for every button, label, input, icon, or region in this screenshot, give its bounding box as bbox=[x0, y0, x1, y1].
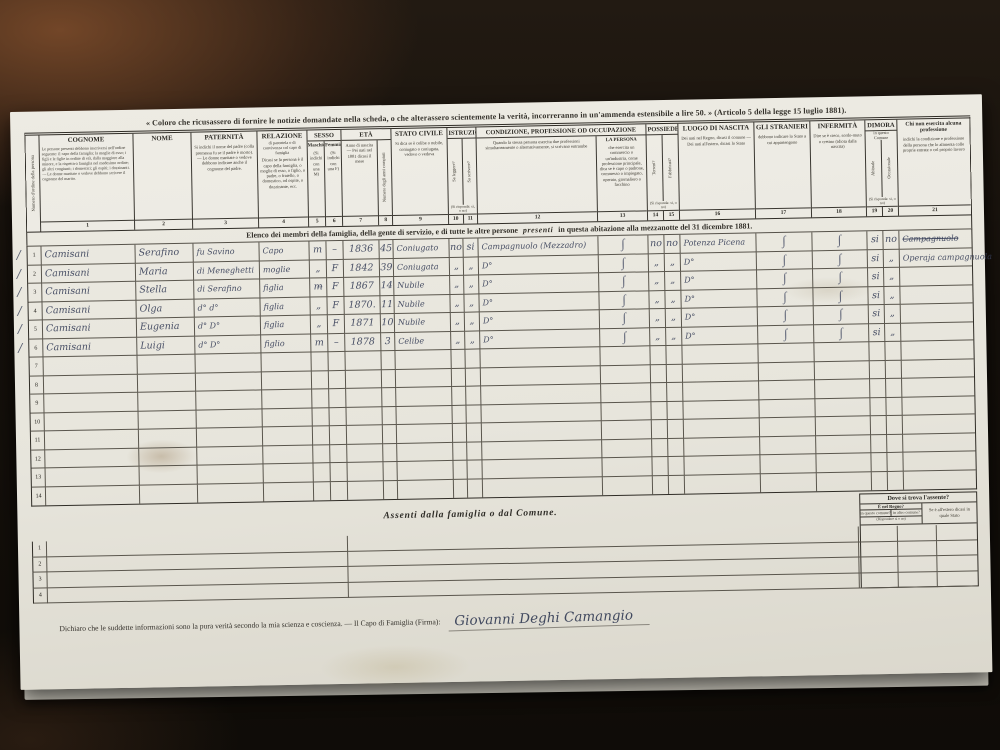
cell-num: 14 bbox=[32, 487, 46, 506]
cell-fabb bbox=[667, 364, 683, 383]
cell-pers bbox=[603, 476, 653, 495]
cell-terr: „ bbox=[650, 309, 666, 328]
cell-nome bbox=[140, 466, 198, 486]
cell-pers bbox=[600, 346, 650, 365]
cell-chinon bbox=[903, 451, 975, 471]
possiede-terreni: Terreni? bbox=[647, 135, 664, 201]
col-nome-header: NOME 2 bbox=[133, 133, 193, 230]
cell-chinon bbox=[901, 303, 973, 323]
cell-num: 12 bbox=[31, 450, 45, 469]
cell-stran bbox=[759, 380, 815, 400]
eta-anno: Anno di nascita — Pei nati nel 1881 dica… bbox=[342, 140, 379, 226]
cell-stran bbox=[760, 454, 816, 474]
cell-legge bbox=[452, 368, 466, 387]
cell-anno: 1870. bbox=[344, 296, 380, 315]
cell-legge: „ bbox=[451, 331, 465, 350]
cell-num: 5 bbox=[29, 320, 43, 339]
eta-anno-note: Anno di nascita — Pei nati nel 1881 dica… bbox=[342, 140, 379, 216]
cell-pers bbox=[602, 420, 652, 439]
col-dimora-header: DIMORA in questo Comune Abituale Occasio… bbox=[865, 120, 899, 217]
cell-anno bbox=[347, 462, 383, 481]
cell-scrive bbox=[467, 423, 482, 442]
cell-occ bbox=[886, 360, 902, 379]
cell-relazione: figlio bbox=[261, 334, 311, 353]
stato-num: 9 bbox=[393, 214, 448, 225]
assenti-cell bbox=[898, 541, 937, 557]
cell-nome: Maria bbox=[136, 262, 194, 282]
cell-abit bbox=[871, 434, 887, 453]
cell-fabb: „ bbox=[665, 253, 681, 272]
cell-m bbox=[312, 389, 329, 408]
condizione-12-note: Quando la stessa persona esercita due pr… bbox=[477, 136, 598, 213]
cell-cognome bbox=[45, 430, 139, 450]
cell-m: „ bbox=[311, 315, 328, 334]
abox-q1: in questo comune? bbox=[860, 510, 890, 517]
cell-luogo: Potenza Picena bbox=[680, 233, 756, 253]
cell-relazione bbox=[263, 427, 313, 446]
cell-paternita bbox=[197, 446, 263, 466]
cell-anno bbox=[347, 444, 383, 463]
cell-cognome: Camisani bbox=[42, 263, 136, 283]
cell-occ bbox=[886, 397, 902, 416]
cell-m bbox=[314, 482, 331, 501]
cell-m: m̶ bbox=[310, 278, 327, 297]
cell-pers bbox=[602, 457, 652, 476]
cell-cond: D° bbox=[479, 273, 599, 294]
cell-cond bbox=[482, 458, 602, 479]
cell-scrive bbox=[466, 368, 481, 387]
assenti-cell bbox=[937, 540, 977, 556]
cell-legge: „ bbox=[451, 313, 465, 332]
cell-stran: ∫ bbox=[758, 325, 814, 345]
cell-legge bbox=[452, 387, 466, 406]
cell-fabb: no bbox=[664, 235, 680, 254]
relazione-note: Dicasi se la persona è il capo della fam… bbox=[258, 155, 308, 218]
eta-anni-note: Numero degli anni compiuti bbox=[382, 140, 388, 215]
cell-stato bbox=[397, 461, 453, 481]
cell-cond: D° bbox=[479, 255, 599, 276]
cell-relazione: figlia bbox=[261, 316, 311, 335]
cell-m bbox=[311, 352, 328, 371]
cell-terr: „ bbox=[650, 328, 666, 347]
cell-luogo bbox=[683, 400, 759, 420]
cell-f bbox=[329, 407, 346, 426]
assenti-cell bbox=[898, 525, 937, 541]
stranieri-num: 17 bbox=[756, 207, 811, 218]
cell-terr bbox=[652, 457, 668, 476]
cell-cognome bbox=[44, 393, 138, 413]
cell-cognome bbox=[45, 411, 139, 431]
cell-stran: ∫ bbox=[758, 306, 814, 326]
cell-fabb bbox=[668, 438, 684, 457]
fabbricati-num: 15 bbox=[663, 211, 679, 220]
cell-f bbox=[330, 426, 347, 445]
elenco-em: presenti bbox=[523, 225, 554, 235]
cell-luogo: D° bbox=[681, 270, 757, 290]
cell-inf bbox=[816, 453, 871, 473]
cell-anno bbox=[346, 388, 382, 407]
cell-pers bbox=[601, 383, 651, 402]
declaration: Dichiaro che le suddette informazioni so… bbox=[33, 602, 977, 637]
cell-inf bbox=[814, 342, 869, 362]
cell-stato: Celibe bbox=[395, 331, 451, 351]
cell-terr bbox=[650, 346, 666, 365]
cell-m bbox=[313, 426, 330, 445]
tally-mark: / bbox=[18, 322, 22, 336]
cell-inf: ∫ bbox=[814, 324, 869, 344]
cell-cond bbox=[481, 384, 601, 405]
cell-scrive: „ bbox=[465, 331, 480, 350]
cell-luogo bbox=[684, 437, 760, 457]
cell-paternita: d° D° bbox=[195, 335, 261, 355]
cell-luogo bbox=[683, 363, 759, 383]
cell-inf: ∫ bbox=[812, 231, 867, 251]
cell-num: 8 bbox=[30, 376, 44, 395]
cell-pers bbox=[601, 365, 651, 384]
cell-inf bbox=[816, 416, 871, 436]
abituale-num: 19 bbox=[867, 207, 882, 216]
cell-nome: Serafino bbox=[135, 244, 193, 264]
cell-luogo bbox=[684, 418, 760, 438]
cell-scrive bbox=[467, 460, 482, 479]
cell-luogo: D° bbox=[682, 326, 758, 346]
cell-stran bbox=[758, 343, 814, 363]
cell-cognome bbox=[44, 356, 138, 376]
cell-chinon bbox=[904, 470, 976, 490]
cell-terr bbox=[652, 438, 668, 457]
cell-cognome: Camisani bbox=[43, 337, 137, 357]
cell-cond bbox=[481, 366, 601, 387]
cell-scrive: „ bbox=[464, 275, 479, 294]
cell-luogo bbox=[684, 455, 760, 475]
maschio-num: 5 bbox=[309, 216, 326, 226]
cell-anno: 1871 bbox=[345, 314, 381, 333]
col-possiede-header: POSSIEDE Terreni? Fabbricati? (Si rispon… bbox=[646, 124, 680, 221]
col-condizione-header: CONDIZIONE, PROFESSIONE OD OCCUPAZIONE Q… bbox=[476, 124, 648, 223]
cell-pers bbox=[602, 439, 652, 458]
stato-note: Si dica se è celibe o nubile, coniugato … bbox=[392, 138, 448, 215]
cell-relazione bbox=[262, 390, 312, 409]
cell-terr bbox=[653, 475, 669, 494]
cell-stato bbox=[396, 405, 452, 425]
cell-chinon bbox=[900, 285, 972, 305]
assenti-row-number: 1 bbox=[33, 541, 47, 557]
cell-f: F bbox=[327, 259, 344, 278]
tally-mark: / bbox=[16, 248, 20, 262]
assenti-title: Assenti dalla famiglia o dal Comune. bbox=[383, 508, 557, 521]
cell-paternita: d° D° bbox=[195, 316, 261, 336]
desk-background: « Coloro che ricusassero di fornire le n… bbox=[0, 0, 1000, 750]
col-chinon-header: Chi non esercita alcuna professione indi… bbox=[897, 118, 971, 215]
cell-scrive: „ bbox=[464, 257, 479, 276]
cell-pers: ∫ bbox=[599, 272, 649, 291]
cell-nome bbox=[139, 447, 197, 467]
cell-pers: ∫ bbox=[600, 309, 650, 328]
cell-luogo: D° bbox=[682, 307, 758, 327]
cell-scrive bbox=[465, 349, 480, 368]
cell-legge bbox=[454, 479, 468, 498]
abox-estero: Se è all'estero dicasi in quale Stato bbox=[922, 502, 976, 523]
cell-legge bbox=[453, 461, 467, 480]
cell-fabb: „ bbox=[665, 272, 681, 291]
cell-cond bbox=[483, 477, 603, 498]
cell-paternita bbox=[196, 372, 262, 392]
col-stranieri-header: GLI STRANIERI debbono indicare lo Stato … bbox=[754, 121, 812, 218]
elenco-post: in questa abitazione alla mezzanotte del… bbox=[558, 221, 752, 234]
cell-relazione: Capo bbox=[259, 242, 309, 261]
cell-fabb bbox=[668, 420, 684, 439]
cell-cond bbox=[482, 440, 602, 461]
cell-luogo bbox=[682, 344, 758, 364]
cell-legge: no bbox=[449, 239, 463, 258]
assenti-cell bbox=[859, 557, 898, 573]
cell-stato: Coniugato bbox=[393, 239, 449, 259]
cell-terr bbox=[651, 402, 667, 421]
cell-abit: si bbox=[868, 287, 884, 306]
cell-nome bbox=[138, 373, 196, 393]
condizione-12: Quando la stessa persona esercita due pr… bbox=[477, 136, 598, 223]
cell-cognome: Camisani bbox=[42, 282, 136, 302]
cell-legge bbox=[453, 424, 467, 443]
cell-inf bbox=[816, 435, 871, 455]
cell-scrive: „ bbox=[464, 294, 479, 313]
cell-f: – bbox=[326, 241, 343, 260]
cell-anno: 1842 bbox=[344, 259, 380, 278]
col-istruzione-header: ISTRUZIONE Sa leggere? Sa scrivere? (Si … bbox=[447, 127, 478, 224]
cell-relazione bbox=[261, 353, 311, 372]
col-cognome-header: COGNOME Le persone presenti debbono insc… bbox=[39, 134, 135, 232]
cell-paternita bbox=[196, 390, 262, 410]
cell-paternita: di Serafino bbox=[194, 279, 260, 299]
cell-occ bbox=[887, 434, 903, 453]
col-stato-header: STATO CIVILE Si dica se è celibe o nubil… bbox=[391, 128, 449, 225]
col-infermita-header: INFERMITÀ Dire se è cieco, sordo-muto o … bbox=[810, 120, 867, 217]
cell-occ bbox=[888, 471, 904, 490]
cell-stato bbox=[397, 424, 453, 444]
cell-f bbox=[328, 352, 345, 371]
cell-num: 9 bbox=[30, 394, 44, 413]
cell-anni bbox=[382, 388, 396, 407]
cell-abit bbox=[870, 397, 886, 416]
cell-m: „ bbox=[310, 260, 327, 279]
cell-abit: si bbox=[869, 305, 885, 324]
assenti-cell bbox=[938, 571, 978, 587]
cell-num: 7 bbox=[30, 357, 44, 376]
cell-num: 1 bbox=[27, 246, 41, 265]
cell-chinon bbox=[903, 433, 975, 453]
cell-num: 3 bbox=[28, 283, 42, 302]
cell-nome bbox=[139, 410, 197, 430]
assenti-section: Assenti dalla famiglia o dal Comune. Dov… bbox=[31, 491, 977, 606]
cell-scrive: si bbox=[463, 238, 478, 257]
census-sheet: « Coloro che ricusassero di fornire le n… bbox=[10, 94, 992, 690]
cell-paternita bbox=[196, 409, 262, 429]
cell-cognome bbox=[45, 448, 139, 468]
cell-stran: ∫ bbox=[757, 269, 813, 289]
col-relazione-header: RELAZIONE di parentela o di convivenza c… bbox=[257, 131, 309, 228]
cell-occ bbox=[887, 453, 903, 472]
assenti-rows: 1234 bbox=[32, 524, 977, 603]
cell-m bbox=[312, 371, 329, 390]
assenti-cell bbox=[859, 541, 898, 557]
paternita-note: Si indichi il nome del padre (colla prem… bbox=[192, 142, 258, 219]
istruzione-title: ISTRUZIONE bbox=[447, 127, 475, 139]
cell-pers: ∫ bbox=[599, 291, 649, 310]
cell-cond: D° bbox=[479, 292, 599, 313]
cell-anno: 1867 bbox=[344, 277, 380, 296]
cell-inf: ∫ bbox=[813, 287, 868, 307]
cell-occ: „ bbox=[885, 323, 901, 342]
istruzione-legge: Sa leggere? bbox=[448, 139, 463, 205]
cell-anni: 3 bbox=[381, 332, 395, 351]
cell-f bbox=[329, 389, 346, 408]
cell-occ: „ bbox=[884, 249, 900, 268]
cell-anno bbox=[346, 370, 382, 389]
istruzione-scrive: Sa scrivere? bbox=[461, 139, 477, 205]
ordinal-label: Numero d'ordine della persona bbox=[29, 136, 36, 232]
cell-occ: „ bbox=[884, 268, 900, 287]
cell-pers: ∫ bbox=[598, 235, 648, 254]
cell-luogo bbox=[685, 474, 761, 494]
stranieri-note: debbono indicare lo Stato a cui apparten… bbox=[755, 132, 811, 209]
cell-num: 4 bbox=[28, 302, 42, 321]
cell-stato bbox=[395, 350, 451, 370]
cell-cognome bbox=[46, 485, 140, 505]
eta-anni: Numero degli anni compiuti 8 bbox=[377, 140, 392, 225]
cell-paternita bbox=[197, 427, 263, 447]
tally-mark: / bbox=[17, 266, 21, 280]
cell-fabb bbox=[667, 401, 683, 420]
cell-stato: Nubile bbox=[394, 294, 450, 314]
chinon-title: Chi non esercita alcuna professione bbox=[897, 118, 969, 135]
cell-abit bbox=[870, 360, 886, 379]
cell-luogo bbox=[683, 381, 759, 401]
cell-nome: Olga bbox=[136, 299, 194, 319]
cell-nome bbox=[138, 392, 196, 412]
cell-f bbox=[329, 370, 346, 389]
cell-relazione: figlia bbox=[260, 279, 310, 298]
cell-anni: 39 bbox=[380, 258, 394, 277]
cell-inf bbox=[817, 472, 872, 492]
cell-inf bbox=[815, 379, 870, 399]
eta-anni-num: 8 bbox=[379, 215, 392, 225]
cell-fabb: „ bbox=[666, 309, 682, 328]
cell-m: m bbox=[309, 241, 326, 260]
cell-m bbox=[313, 463, 330, 482]
tally-mark: / bbox=[18, 303, 22, 317]
luogo-note: Dei nati nel Regno, dicasi il comune — D… bbox=[679, 133, 755, 210]
dimora-abituale: Abituale bbox=[866, 140, 883, 197]
cell-f bbox=[330, 463, 347, 482]
cell-stran bbox=[760, 436, 816, 456]
cell-num: 11 bbox=[31, 431, 45, 450]
cell-scrive: „ bbox=[465, 312, 480, 331]
cell-m bbox=[313, 445, 330, 464]
cell-stato bbox=[397, 442, 453, 462]
cell-paternita bbox=[198, 483, 264, 503]
maschio-note: (Si indichi con una M) bbox=[308, 148, 326, 216]
cell-chinon bbox=[902, 377, 974, 397]
eta-anno-num: 7 bbox=[343, 215, 378, 226]
cell-abit: si bbox=[868, 268, 884, 287]
cell-abit: si bbox=[867, 231, 883, 250]
cell-anni: 11 bbox=[380, 295, 394, 314]
sesso-title: SESSO bbox=[307, 130, 340, 142]
cell-legge: „ bbox=[450, 257, 464, 276]
cell-occ bbox=[887, 416, 903, 435]
assenti-row-number: 4 bbox=[34, 588, 48, 604]
cell-chinon bbox=[900, 266, 972, 286]
sheet-content: « Coloro che ricusassero di fornire le n… bbox=[24, 94, 977, 637]
cell-relazione bbox=[262, 371, 312, 390]
cognome-num: 1 bbox=[41, 220, 134, 232]
cell-f: F bbox=[328, 315, 345, 334]
femmina-note: (Si indichi con una F) bbox=[325, 148, 342, 216]
abox-regno-block: È nel Regno? in questo comune? in altro … bbox=[860, 503, 922, 524]
cell-inf bbox=[815, 361, 870, 381]
scrive-num: 11 bbox=[462, 214, 477, 223]
cell-abit bbox=[871, 453, 887, 472]
assenti-row-number: 3 bbox=[33, 572, 47, 588]
cell-scrive bbox=[467, 442, 482, 461]
cell-terr bbox=[652, 420, 668, 439]
relazione-num: 4 bbox=[259, 217, 308, 228]
cell-relazione bbox=[262, 408, 312, 427]
cell-m: „ bbox=[310, 297, 327, 316]
cell-anno bbox=[345, 351, 381, 370]
col-paternita-header: PATERNITÀ Si indichi il nome del padre (… bbox=[191, 131, 259, 228]
cell-occ: no bbox=[883, 231, 899, 250]
scrive-label: Sa scrivere? bbox=[466, 139, 472, 205]
cell-nome: Stella bbox=[136, 281, 194, 301]
cell-relazione bbox=[263, 445, 313, 464]
cell-luogo: D° bbox=[681, 289, 757, 309]
cell-anni bbox=[384, 480, 398, 499]
abituale-label: Abituale bbox=[871, 140, 877, 197]
cell-terr bbox=[651, 365, 667, 384]
occasionale-num: 20 bbox=[882, 207, 898, 216]
cell-legge: „ bbox=[450, 276, 464, 295]
cell-scrive bbox=[466, 386, 481, 405]
cell-cognome: Camisani bbox=[41, 245, 135, 265]
infermita-num: 18 bbox=[812, 206, 866, 217]
chinon-num: 21 bbox=[899, 204, 971, 215]
member-rows: /1CamisaniSerafinofu SavinoCapom–183645C… bbox=[26, 228, 977, 506]
col-luogo-header: LUOGO DI NASCITA Dei nati nel Regno, dic… bbox=[678, 122, 756, 219]
eta-title: ETÀ bbox=[341, 129, 390, 141]
cell-anni: 45 bbox=[379, 240, 393, 259]
cell-stran bbox=[759, 399, 815, 419]
terreni-label: Terreni? bbox=[652, 135, 658, 201]
cell-chinon bbox=[903, 414, 975, 434]
assenti-row-number: 2 bbox=[33, 557, 47, 573]
cell-anno: 1878 bbox=[345, 333, 381, 352]
cell-stato: Nubile bbox=[395, 313, 451, 333]
cell-fabb bbox=[669, 475, 685, 494]
cell-fabb: „ bbox=[666, 327, 682, 346]
cell-m bbox=[312, 408, 329, 427]
cell-terr: „ bbox=[649, 272, 665, 291]
cell-occ: „ bbox=[885, 305, 901, 324]
cell-relazione bbox=[264, 463, 314, 482]
cell-relazione: figlia bbox=[260, 297, 310, 316]
cell-stran bbox=[760, 417, 816, 437]
cell-stran: ∫ bbox=[757, 288, 813, 308]
col-sesso-header: SESSO Maschio (Si indichi con una M) 5 F… bbox=[307, 130, 343, 227]
cell-abit: si bbox=[868, 250, 884, 269]
cell-stato bbox=[398, 479, 454, 499]
cell-stato bbox=[396, 368, 452, 388]
